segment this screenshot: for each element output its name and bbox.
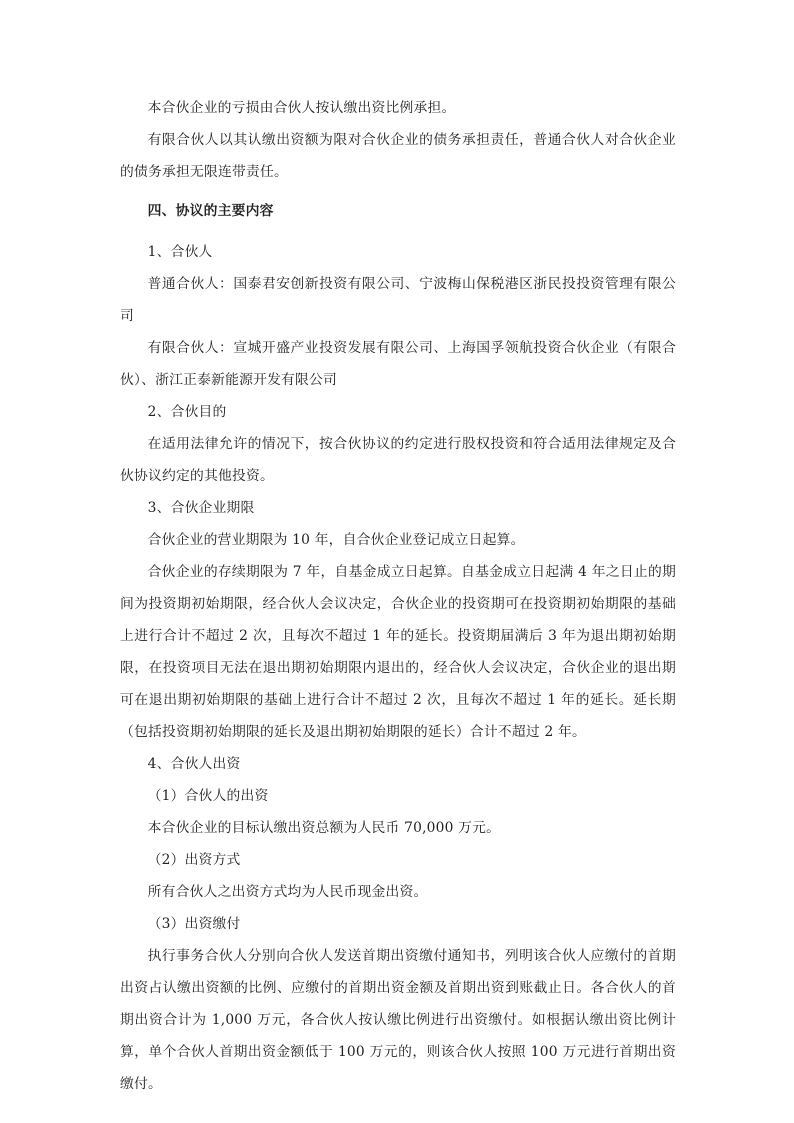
- para-liability: 有限合伙人以其认缴出资额为限对合伙企业的债务承担责任，普通合伙人对合伙企业的债务…: [120, 124, 676, 188]
- item-4-1-partner-contribution: （1）合伙人的出资: [120, 780, 676, 812]
- item-2-partnership-purpose: 2、合伙目的: [120, 396, 676, 428]
- para-first-installment-detail: 执行事务合伙人分别向合伙人发送首期出资缴付通知书，列明该合伙人应缴付的首期出资占…: [120, 940, 676, 1100]
- section-heading-agreement-main-content: 四、协议的主要内容: [120, 195, 676, 227]
- para-business-term: 合伙企业的营业期限为 10 年，自合伙企业登记成立日起算。: [120, 524, 676, 556]
- para-general-partners: 普通合伙人：国泰君安创新投资有限公司、宁波梅山保税港区浙民投投资管理有限公司: [120, 268, 676, 332]
- item-1-partners: 1、合伙人: [120, 236, 676, 268]
- para-total-subscribed-capital: 本合伙企业的目标认缴出资总额为人民币 70,000 万元。: [120, 812, 676, 844]
- para-contribution-method-detail: 所有合伙人之出资方式均为人民币现金出资。: [120, 876, 676, 908]
- document-page: 本合伙企业的亏损由合伙人按认缴出资比例承担。 有限合伙人以其认缴出资额为限对合伙…: [0, 0, 794, 1123]
- para-duration-extension-detail: 合伙企业的存续期限为 7 年，自基金成立日起算。自基金成立日起满 4 年之日止的…: [120, 556, 676, 748]
- document-text-block: 本合伙企业的亏损由合伙人按认缴出资比例承担。 有限合伙人以其认缴出资额为限对合伙…: [120, 92, 676, 1100]
- para-purpose-detail: 在适用法律允许的情况下，按合伙协议的约定进行股权投资和符合适用法律规定及合伙协议…: [120, 428, 676, 492]
- para-limited-partners: 有限合伙人：宣城开盛产业投资发展有限公司、上海国孚领航投资合伙企业（有限合伙）、…: [120, 332, 676, 396]
- para-loss-sharing: 本合伙企业的亏损由合伙人按认缴出资比例承担。: [120, 92, 676, 124]
- item-4-3-contribution-payment: （3）出资缴付: [120, 908, 676, 940]
- item-4-2-contribution-method: （2）出资方式: [120, 844, 676, 876]
- item-4-capital-contribution: 4、合伙人出资: [120, 748, 676, 780]
- item-3-partnership-term: 3、合伙企业期限: [120, 492, 676, 524]
